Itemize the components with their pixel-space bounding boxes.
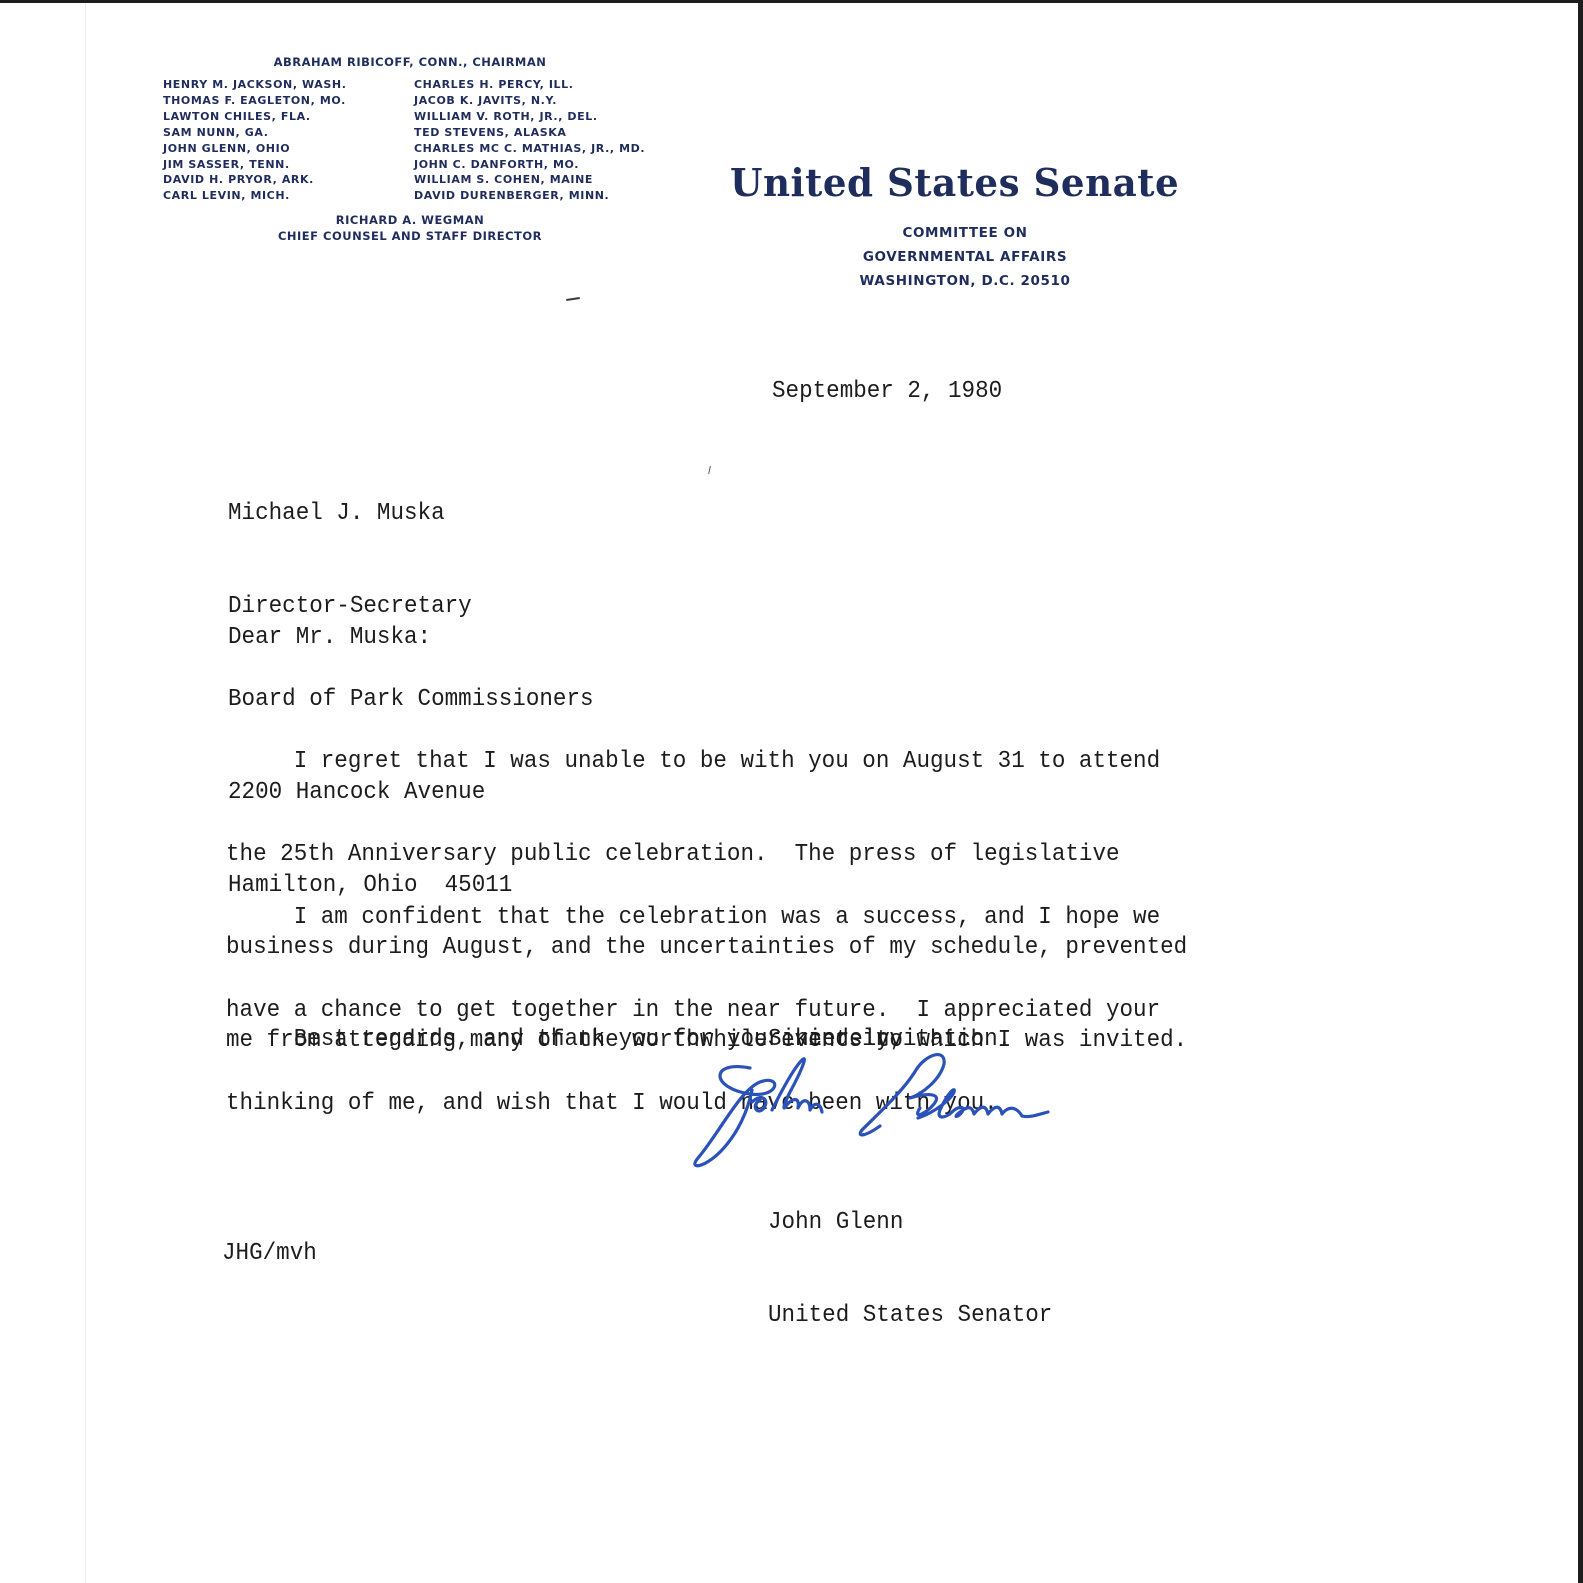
salutation: Dear Mr. Muska: [228,622,431,653]
paper-crease [85,3,86,1583]
committee-member: WILLIAM S. COHEN, MAINE [414,172,645,188]
staff-director-title: CHIEF COUNSEL AND STAFF DIRECTOR [150,228,670,244]
committee-member: WILLIAM V. ROTH, JR., DEL. [414,109,645,125]
committee-address: WASHINGTON, D.C. 20510 [780,269,1150,293]
letterhead-title: United States Senate [730,160,1200,205]
committee-line-2: GOVERNMENTAL AFFAIRS [780,245,1150,269]
committee-block: COMMITTEE ON GOVERNMENTAL AFFAIRS WASHIN… [780,221,1150,293]
stray-ink-tick [708,466,711,474]
signer-name: John Glenn [768,1207,1052,1238]
scan-border-top [0,0,1583,3]
committee-member: HENRY M. JACKSON, WASH. [163,77,347,93]
paragraph-line: I regret that I was unable to be with yo… [226,746,1187,777]
committee-member: JOHN GLENN, OHIO [163,141,347,157]
staff-director-name: RICHARD A. WEGMAN [150,212,670,228]
scan-border-right [1578,0,1583,1583]
committee-member: CHARLES MC C. MATHIAS, JR., MD. [414,141,645,157]
recipient-title: Director-Secretary [228,591,594,622]
committee-member: JACOB K. JAVITS, N.Y. [414,93,645,109]
staff-director: RICHARD A. WEGMAN CHIEF COUNSEL AND STAF… [150,212,670,244]
committee-chairman: ABRAHAM RIBICOFF, CONN., CHAIRMAN [150,55,670,69]
committee-member: CHARLES H. PERCY, ILL. [414,77,645,93]
signer-title: United States Senator [768,1300,1052,1331]
committee-member: DAVID H. PRYOR, ARK. [163,172,347,188]
reference-initials: JHG/mvh [222,1238,317,1269]
paragraph-line: I am confident that the celebration was … [226,902,1160,933]
stray-ink-mark [566,297,580,301]
committee-member: CARL LEVIN, MICH. [163,188,347,204]
committee-member: SAM NUNN, GA. [163,125,347,141]
committee-member: TED STEVENS, ALASKA [414,125,645,141]
members-list-left: HENRY M. JACKSON, WASH. THOMAS F. EAGLET… [163,77,347,204]
committee-member: JOHN C. DANFORTH, MO. [414,157,645,173]
recipient-name: Michael J. Muska [228,498,594,529]
committee-member: JIM SASSER, TENN. [163,157,347,173]
committee-member: THOMAS F. EAGLETON, MO. [163,93,347,109]
committee-member: DAVID DURENBERGER, MINN. [414,188,645,204]
signer-block: John Glenn United States Senator [768,1145,1052,1362]
committee-line-1: COMMITTEE ON [780,221,1150,245]
committee-member: LAWTON CHILES, FLA. [163,109,347,125]
letter-date: September 2, 1980 [772,376,1002,407]
members-list-right: CHARLES H. PERCY, ILL. JACOB K. JAVITS, … [414,77,645,204]
